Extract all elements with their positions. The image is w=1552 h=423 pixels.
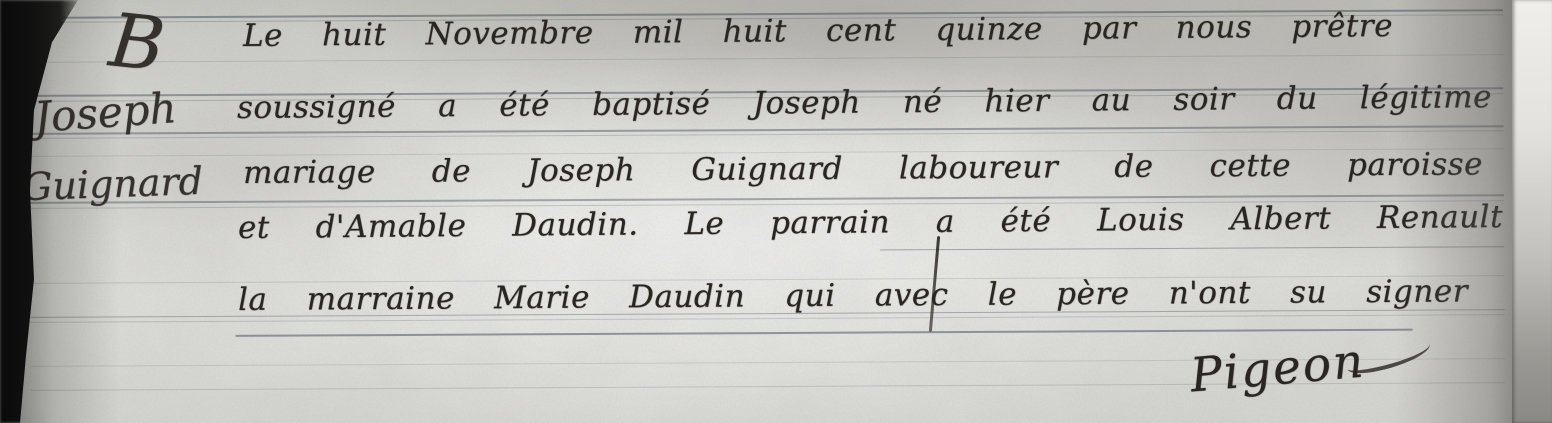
page-curl-shadow [1394, 0, 1514, 423]
register-page-scan: B Joseph Guignard Le huit Novembre mil h… [0, 0, 1552, 423]
ruled-line [236, 329, 1413, 337]
page-edge-strip [1512, 0, 1552, 423]
ruled-line [29, 54, 1503, 63]
